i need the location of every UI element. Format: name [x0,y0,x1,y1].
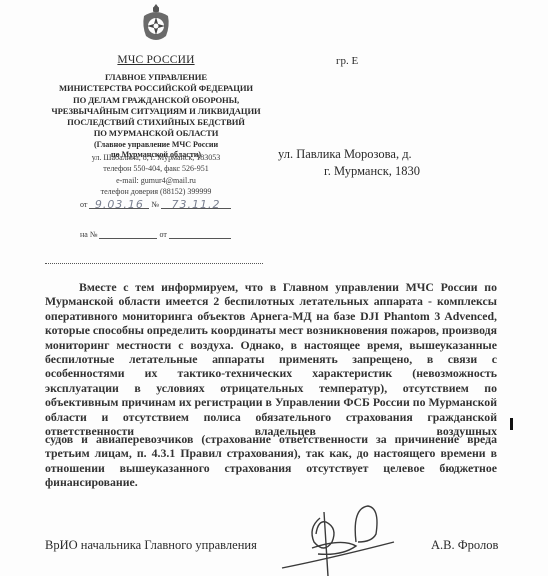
date-value: 9.03.16 [95,198,144,211]
signer-name: А.В. Фролов [431,538,498,553]
org-line: ПОСЛЕДСТВИЙ СТИХИЙНЫХ БЕДСТВИЙ [40,117,272,128]
org-paren-line: (Главное управление МЧС России [40,140,272,150]
body-paragraph-1: Вместе с тем информируем, что в Главном … [45,280,497,438]
body-paragraph-2: судов и авиаперевозчиков (страхование от… [45,432,497,490]
dotted-separator [45,263,263,264]
margin-mark [510,418,513,430]
prev-date-label: от [159,230,166,239]
signer-position: ВрИО начальника Главного управления [45,538,257,553]
recipient-street: ул. Павлика Морозова, д. [278,146,420,163]
org-line: ПО МУРМАНСКОЙ ОБЛАСТИ [40,128,272,139]
number-label: № [151,200,159,209]
prev-number-label: на № [80,230,97,239]
outgoing-reference: от 9.03.16 № 73.11.2 [80,198,231,209]
number-field: 73.11.2 [161,198,231,209]
org-line: ГЛАВНОЕ УПРАВЛЕНИЕ [40,72,272,83]
mchs-emblem-icon [134,2,178,46]
paragraph-2-text: судов и авиаперевозчиков (страхование от… [45,432,497,490]
org-line: ЧРЕЗВЫЧАЙНЫМ СИТУАЦИЯМ И ЛИКВИДАЦИИ [40,106,272,117]
org-address: ул. Шабалина, 8, г. Мурманск, 183053 [40,152,272,163]
number-value: 73.11.2 [172,198,221,211]
prev-number-field [99,228,157,239]
org-line: ПО ДЕЛАМ ГРАЖДАНСКОЙ ОБОРОНЫ, [40,95,272,106]
recipient-city: г. Мурманск, 1830 [278,163,420,180]
org-hotline: телефон доверия (88152) 399999 [40,186,272,197]
prev-date-field [169,228,231,239]
org-phone-fax: телефон 550-404, факс 526-951 [40,163,272,174]
org-contacts: ул. Шабалина, 8, г. Мурманск, 183053 тел… [40,152,272,197]
date-label: от [80,200,87,209]
incoming-reference: на № от [80,228,231,239]
org-email: e-mail: gumur4@mail.ru [40,175,272,186]
handwritten-signature-icon [272,498,402,576]
recipient-name: гр. Е [336,55,358,67]
recipient-address: ул. Павлика Морозова, д. г. Мурманск, 18… [278,146,420,180]
org-full-name: ГЛАВНОЕ УПРАВЛЕНИЕ МИНИСТЕРСТВА РОССИЙСК… [40,72,272,160]
org-line: МИНИСТЕРСТВА РОССИЙСКОЙ ФЕДЕРАЦИИ [40,83,272,94]
date-field: 9.03.16 [89,198,149,209]
paragraph-1-text: Вместе с тем информируем, что в Главном … [45,280,497,438]
org-short-name: МЧС РОССИИ [40,54,272,66]
